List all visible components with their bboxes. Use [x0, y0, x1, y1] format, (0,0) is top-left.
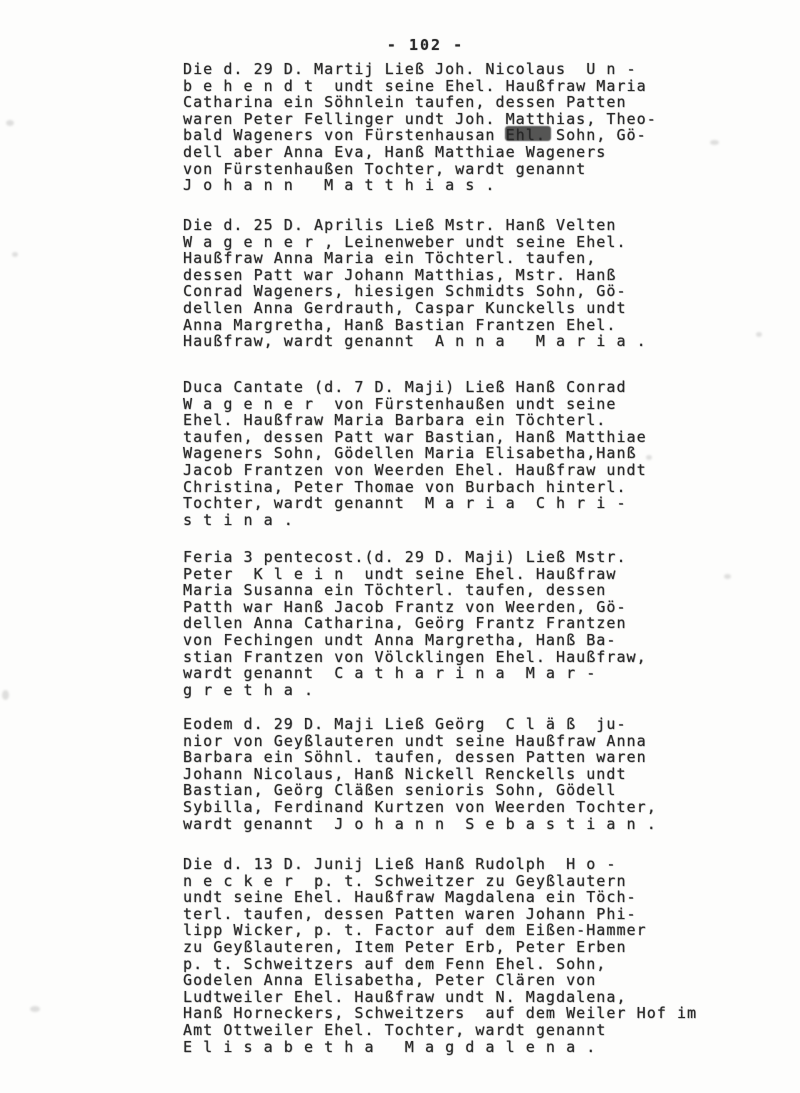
baptism-entry-anna-maria: Die d. 25 D. Aprilis Ließ Mstr. Hanß Vel…	[183, 217, 768, 350]
baptism-entry-maria-christina: Duca Cantate (d. 7 D. Maji) Ließ Hanß Co…	[183, 379, 768, 528]
baptism-entry-elisabetha-magdalena: Die d. 13 D. Junij Ließ Hanß Rudolph H o…	[183, 856, 768, 1055]
page-number: - 102 -	[183, 36, 668, 54]
scan-speck	[2, 690, 9, 700]
scan-speck	[12, 252, 18, 257]
baptism-entry-johann-matthias: Die d. 29 D. Martij Ließ Joh. Nicolaus U…	[183, 61, 768, 194]
scanned-document-page: - 102 - Die d. 29 D. Martij Ließ Joh. Ni…	[0, 0, 800, 1093]
baptism-entry-catharina-margretha: Feria 3 pentecost.(d. 29 D. Maji) Ließ M…	[183, 549, 768, 698]
baptism-entry-johann-sebastian: Eodem d. 29 D. Maji Ließ Geörg C l ä ß j…	[183, 716, 768, 832]
scan-speck	[6, 120, 14, 126]
scan-speck	[30, 1006, 40, 1012]
